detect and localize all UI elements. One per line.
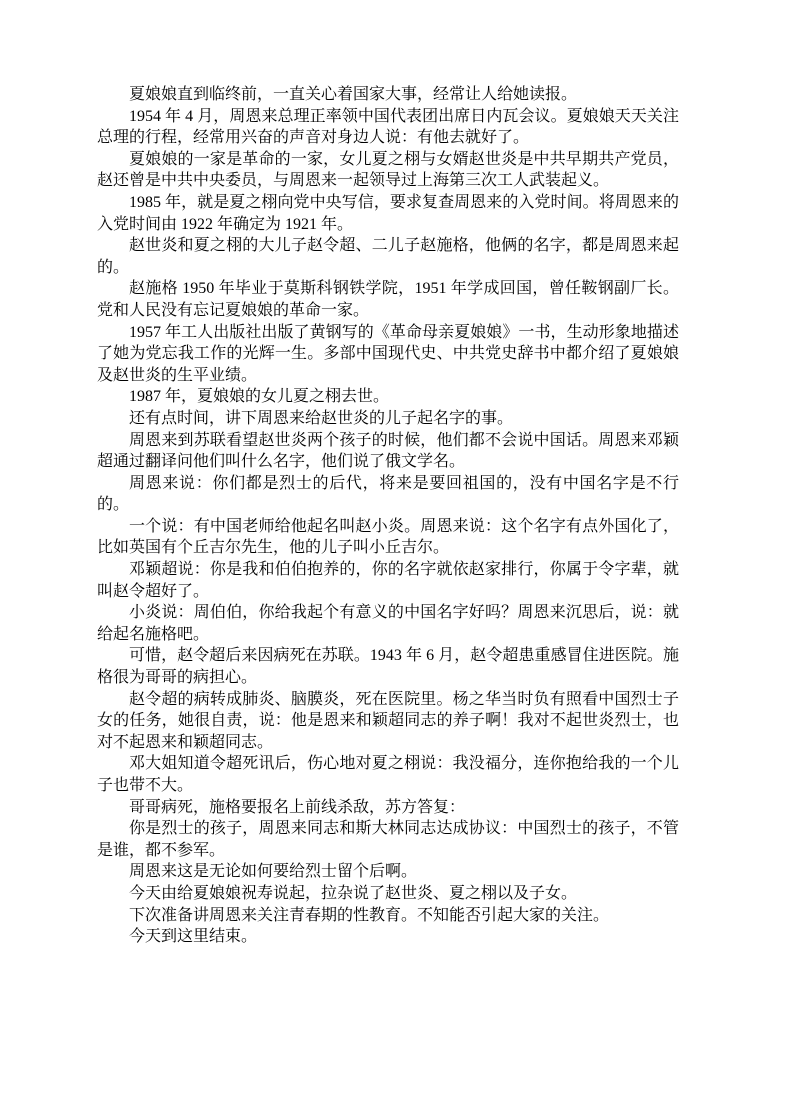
paragraph: 今天到这里结束。: [97, 926, 679, 948]
paragraph: 1957 年工人出版社出版了黄钢写的《革命母亲夏娘娘》一书，生动形象地描述了她为…: [97, 322, 679, 387]
paragraph: 赵令超的病转成肺炎、脑膜炎，死在医院里。杨之华当时负有照看中国烈士子女的任务，她…: [97, 689, 679, 754]
paragraph: 1987 年，夏娘娘的女儿夏之栩去世。: [97, 386, 679, 408]
paragraph: 周恩来到苏联看望赵世炎两个孩子的时候，他们都不会说中国话。周恩来邓颖超通过翻译问…: [97, 430, 679, 473]
paragraph: 你是烈士的孩子，周恩来同志和斯大林同志达成协议：中国烈士的孩子，不管是谁，都不参…: [97, 818, 679, 861]
paragraph: 周恩来说：你们都是烈士的后代，将来是要回祖国的，没有中国名字是不行的。: [97, 473, 679, 516]
paragraph: 还有点时间，讲下周恩来给赵世炎的儿子起名字的事。: [97, 408, 679, 430]
paragraph: 夏娘娘直到临终前，一直关心着国家大事，经常让人给她读报。: [97, 84, 679, 106]
paragraph: 一个说：有中国老师给他起名叫赵小炎。周恩来说：这个名字有点外国化了，比如英国有个…: [97, 516, 679, 559]
paragraph: 1985 年，就是夏之栩向党中央写信，要求复查周恩来的入党时间。将周恩来的入党时…: [97, 192, 679, 235]
paragraph: 邓颖超说：你是我和伯伯抱养的，你的名字就依赵家排行，你属于令字辈，就叫赵令超好了…: [97, 559, 679, 602]
paragraph: 周恩来这是无论如何要给烈士留个后啊。: [97, 861, 679, 883]
paragraph: 夏娘娘的一家是革命的一家，女儿夏之栩与女婿赵世炎是中共早期共产党员，赵还曾是中共…: [97, 149, 679, 192]
paragraph: 下次准备讲周恩来关注青春期的性教育。不知能否引起大家的关注。: [97, 905, 679, 927]
paragraph: 哥哥病死，施格要报名上前线杀敌，苏方答复：: [97, 797, 679, 819]
document-page: 夏娘娘直到临终前，一直关心着国家大事，经常让人给她读报。 1954 年 4 月，…: [97, 84, 679, 948]
paragraph: 今天由给夏娘娘祝寿说起，拉杂说了赵世炎、夏之栩以及子女。: [97, 883, 679, 905]
paragraph: 1954 年 4 月，周恩来总理正率领中国代表团出席日内瓦会议。夏娘娘天天关注总…: [97, 106, 679, 149]
paragraph: 赵施格 1950 年毕业于莫斯科钢铁学院，1951 年学成回国，曾任鞍钢副厂长。…: [97, 278, 679, 321]
paragraph: 邓大姐知道令超死讯后，伤心地对夏之栩说：我没福分，连你抱给我的一个儿子也带不大。: [97, 753, 679, 796]
paragraph: 赵世炎和夏之栩的大儿子赵令超、二儿子赵施格，他俩的名字，都是周恩来起的。: [97, 235, 679, 278]
paragraph: 可惜，赵令超后来因病死在苏联。1943 年 6 月，赵令超患重感冒住进医院。施格…: [97, 645, 679, 688]
paragraph: 小炎说：周伯伯，你给我起个有意义的中国名字好吗？周恩来沉思后，说：就给起名施格吧…: [97, 602, 679, 645]
